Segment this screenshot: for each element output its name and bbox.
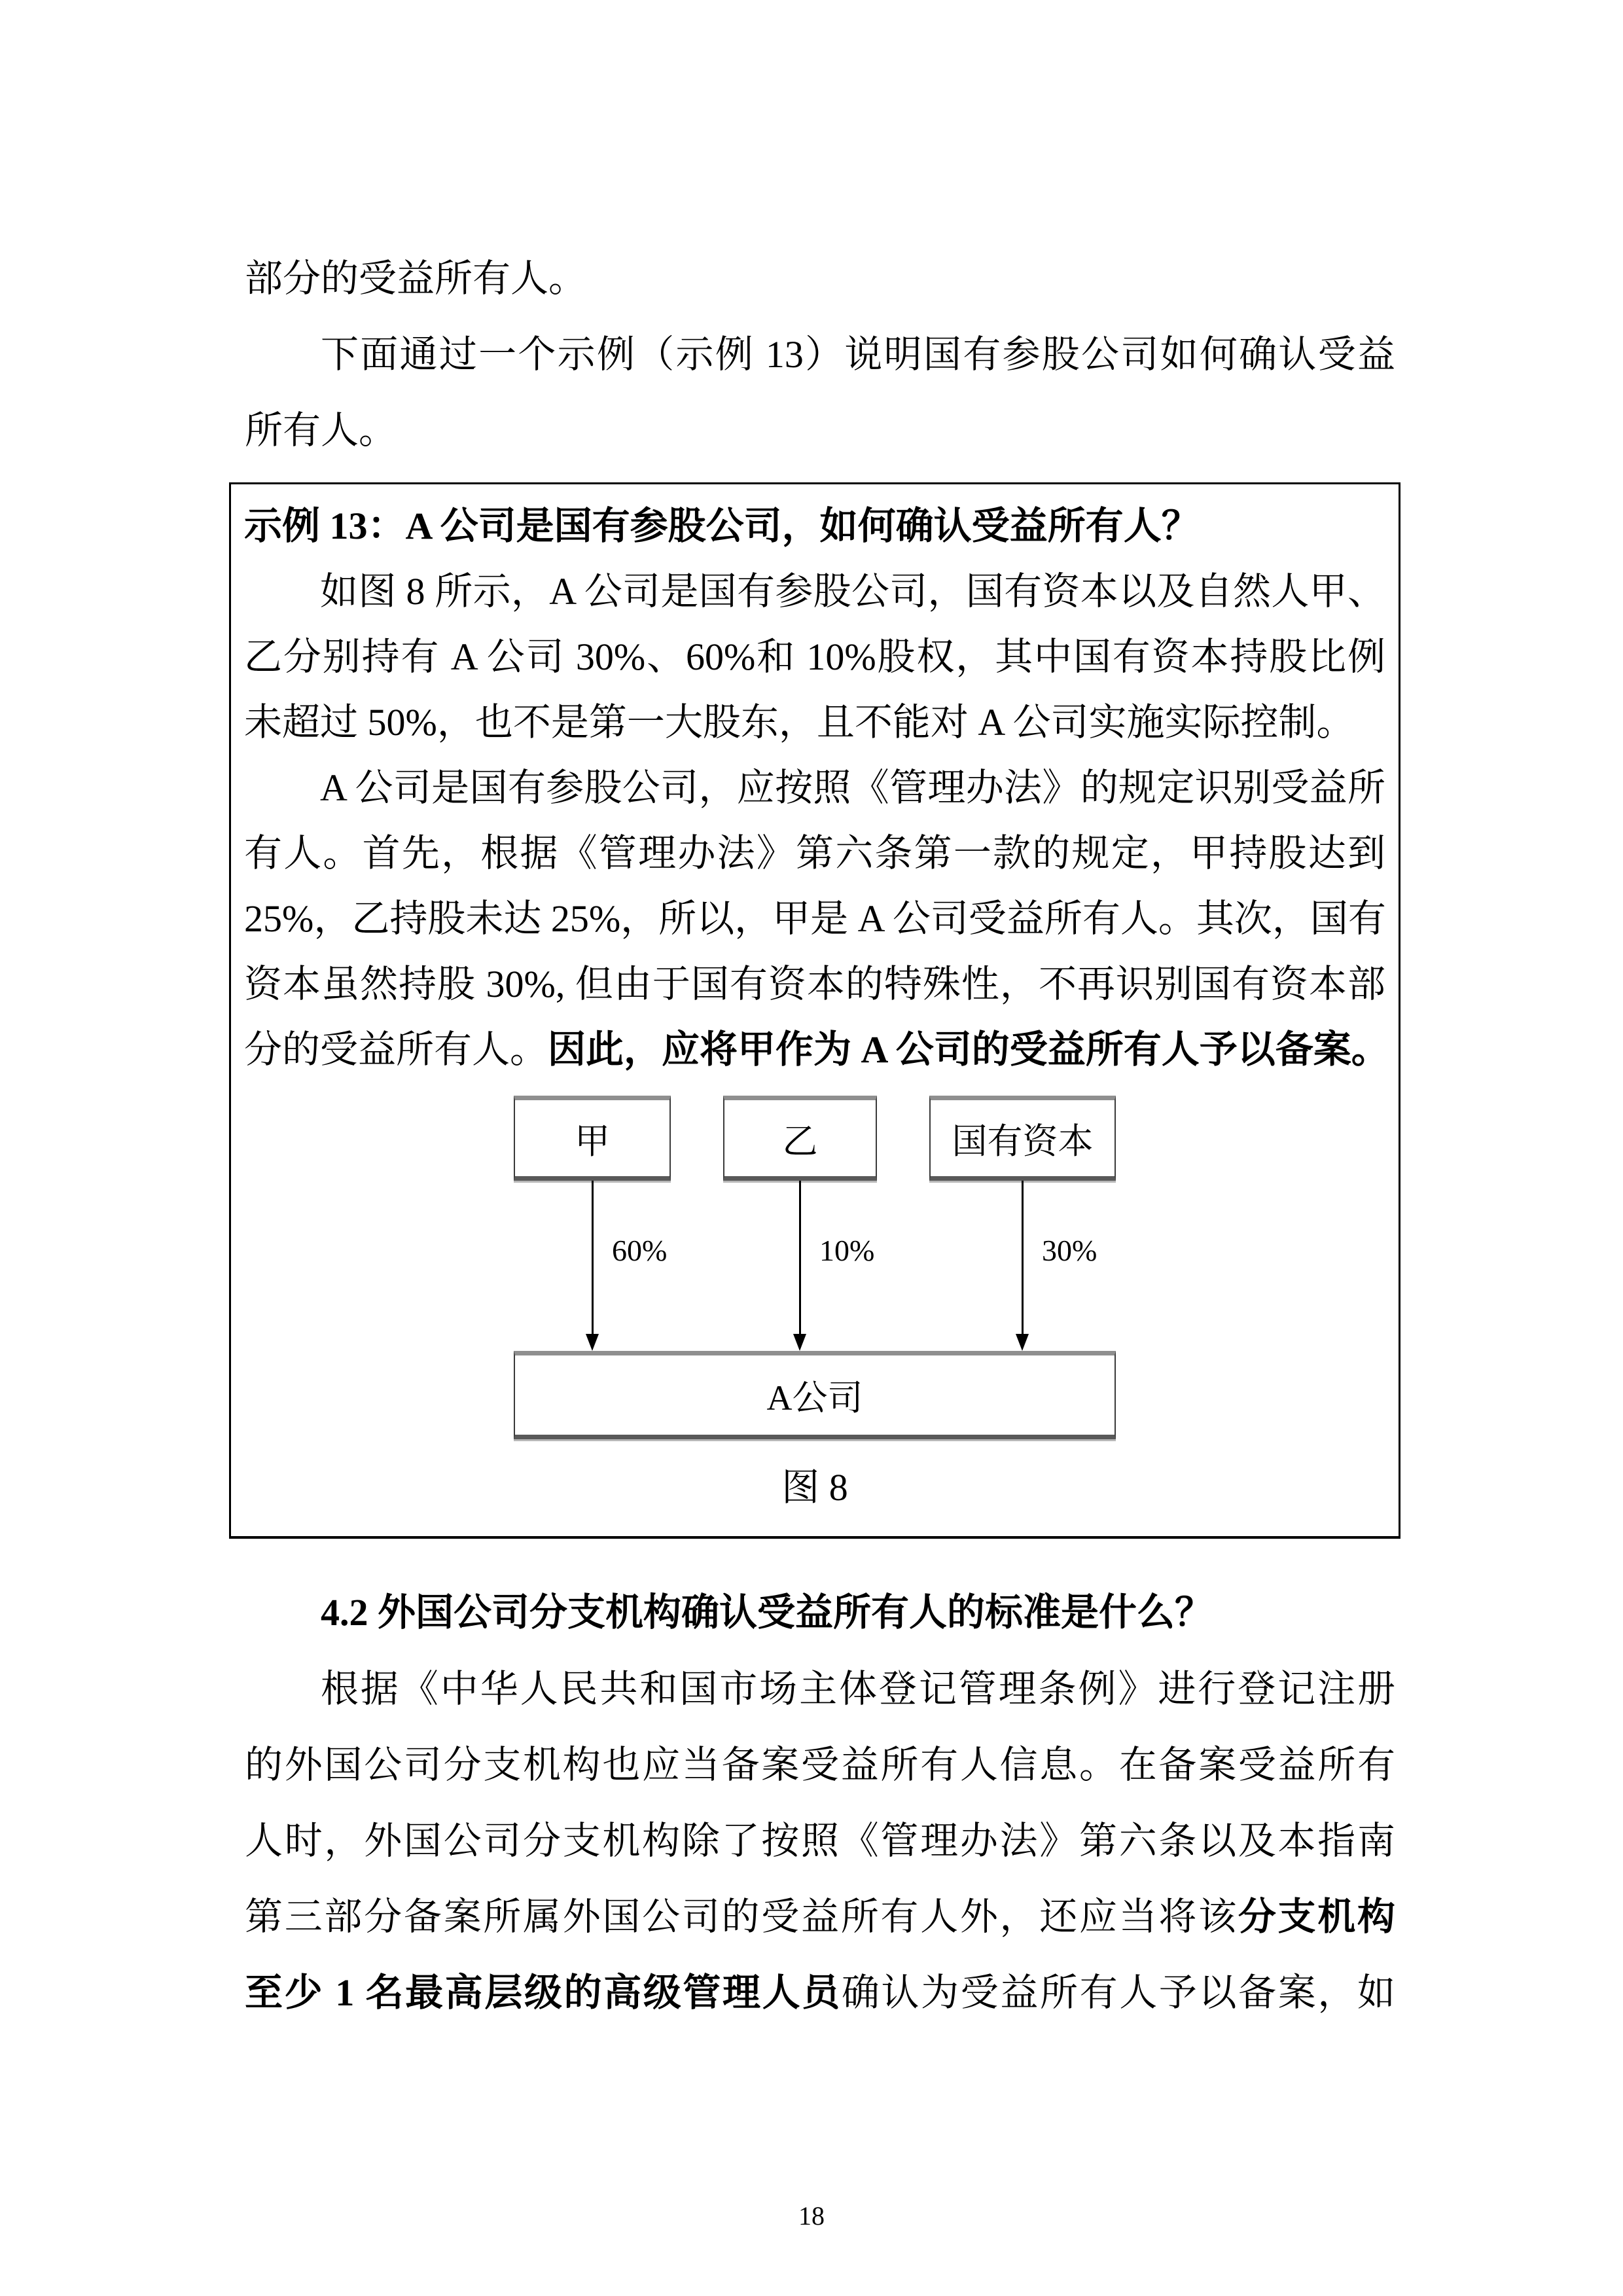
document-page: 部分的受益所有人。 下面通过一个示例（示例 13）说明国有参股公司如何确认受益 … (0, 0, 1623, 2296)
text-line: 乙分别持有 A 公司 30%、60%和 10%股权，其中国有资本持股比例 (244, 624, 1385, 690)
shareholder-label: 乙 (783, 1113, 818, 1164)
page-number: 18 (0, 2200, 1623, 2232)
example-13-box: 示例 13：A 公司是国有参股公司，如何确认受益所有人？ 如图 8 所示，A 公… (229, 482, 1400, 1539)
text-line: 所有人。 (245, 393, 1395, 469)
bold-run: 因此，应将甲作为 A 公司的受益所有人予以备案。 (548, 1028, 1385, 1071)
ownership-diagram: 甲 乙 国有资本 60% 10% 30% (244, 1096, 1385, 1520)
company-label: A公司 (767, 1370, 863, 1420)
down-arrow-icon (586, 1334, 599, 1351)
text-line: 分的受益所有人。因此，应将甲作为 A 公司的受益所有人予以备案。 (244, 1017, 1385, 1083)
text-line: 部分的受益所有人。 (245, 241, 1395, 317)
shareholder-box-state-capital: 国有资本 (929, 1096, 1116, 1181)
shareholder-label: 国有资本 (952, 1113, 1094, 1164)
share-percentage: 60% (609, 1236, 669, 1266)
down-arrow-icon (1022, 1181, 1024, 1338)
text-line: 资本虽然持股 30%, 但由于国有资本的特殊性，不再识别国有资本部 (244, 952, 1385, 1017)
text-line: 至少 1 名最高层级的高级管理人员确认为受益所有人予以备案，如 (245, 1955, 1395, 2031)
bold-run: 分支机构 (1238, 1895, 1395, 1938)
text-line: 未超过 50%，也不是第一大股东，且不能对 A 公司实施实际控制。 (244, 690, 1385, 755)
company-box: A公司 (514, 1351, 1116, 1439)
down-arrow-icon (793, 1334, 806, 1351)
section-paragraph: 根据《中华人民共和国市场主体登记管理条例》进行登记注册 的外国公司分支机构也应当… (245, 1651, 1395, 2031)
arrow-zone: 60% 10% 30% (514, 1181, 1116, 1351)
text-line: 根据《中华人民共和国市场主体登记管理条例》进行登记注册 (245, 1651, 1395, 1727)
section-heading: 4.2 外国公司分支机构确认受益所有人的标准是什么？ (245, 1575, 1395, 1651)
down-arrow-icon (592, 1181, 594, 1338)
shareholder-label: 甲 (575, 1113, 610, 1164)
text-line: 25%，乙持股未达 25%，所以，甲是 A 公司受益所有人。其次，国有 (244, 886, 1385, 952)
text-line: 人时，外国公司分支机构除了按照《管理办法》第六条以及本指南 (245, 1803, 1395, 1879)
down-arrow-icon (1016, 1334, 1029, 1351)
shareholder-box-jia: 甲 (514, 1096, 671, 1181)
text-line: 下面通过一个示例（示例 13）说明国有参股公司如何确认受益 (245, 317, 1395, 393)
shareholder-box-yi: 乙 (723, 1096, 877, 1181)
figure-caption: 图 8 (244, 1455, 1385, 1520)
text-line: 如图 8 所示，A 公司是国有参股公司，国有资本以及自然人甲、 (244, 559, 1385, 624)
intro-paragraphs: 部分的受益所有人。 下面通过一个示例（示例 13）说明国有参股公司如何确认受益 … (245, 241, 1395, 469)
bold-run: 至少 1 名最高层级的高级管理人员 (245, 1971, 842, 2014)
share-percentage: 10% (817, 1236, 877, 1266)
down-arrow-icon (799, 1181, 801, 1338)
text-line: A 公司是国有参股公司，应按照《管理办法》的规定识别受益所 (244, 755, 1385, 821)
example-title: 示例 13：A 公司是国有参股公司，如何确认受益所有人？ (244, 493, 1385, 559)
text-line: 的外国公司分支机构也应当备案受益所有人信息。在备案受益所有 (245, 1727, 1395, 1803)
shareholder-row: 甲 乙 国有资本 (514, 1096, 1116, 1181)
share-percentage: 30% (1039, 1236, 1099, 1266)
text-line: 有人。首先，根据《管理办法》第六条第一款的规定，甲持股达到 (244, 821, 1385, 886)
text-line: 第三部分备案所属外国公司的受益所有人外，还应当将该分支机构 (245, 1879, 1395, 1955)
